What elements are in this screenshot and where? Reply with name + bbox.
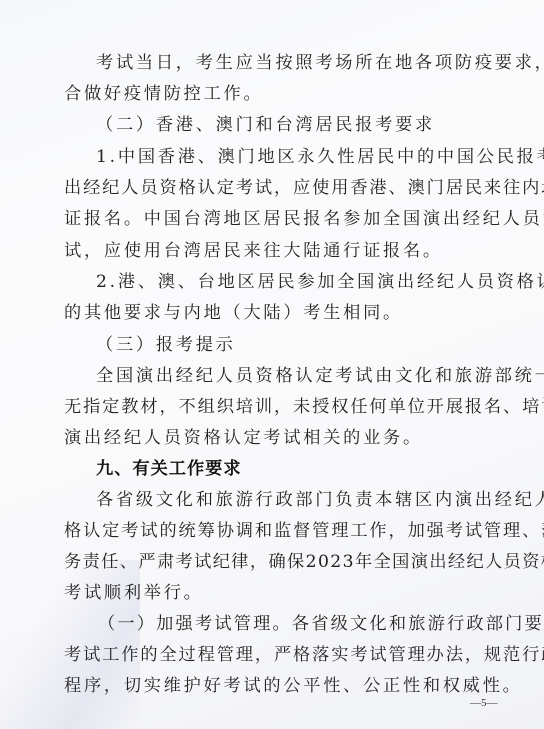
section-heading: （二）香港、澳门和台湾居民报考要求 [96,115,506,135]
paragraph-line: 合做好疫情防控工作。 [64,84,506,104]
paragraph-line: 的其他要求与内地（大陆）考生相同。 [64,303,506,323]
document-page: 考试当日，考生应当按照考场所在地各项防疫要求，自觉配 合做好疫情防控工作。 （二… [0,0,544,729]
paragraph-line: 全国演出经纪人员资格认定考试由文化和旅游部统一组织， [96,366,506,386]
paragraph-line: 无指定教材，不组织培训，未授权任何单位开展报名、培训等与 [64,397,506,417]
paragraph-line: 考试工作的全过程管理，严格落实考试管理办法，规范行政审批 [64,645,506,665]
paragraph-line: 程序，切实维护好考试的公平性、公正性和权威性。 [64,676,506,696]
paragraph-line: 格认定考试的统筹协调和监督管理工作，加强考试管理、落实考 [64,521,506,541]
paragraph-line: 考试当日，考生应当按照考场所在地各项防疫要求，自觉配 [96,53,506,73]
paragraph-line: 演出经纪人员资格认定考试相关的业务。 [64,428,506,448]
paragraph-line: 出经纪人员资格认定考试，应使用香港、澳门居民来往内地通行 [64,178,506,198]
section-heading: （三）报考提示 [96,335,506,355]
chapter-heading: 九、有关工作要求 [96,459,506,479]
page-number: —5— [470,697,498,709]
paragraph-line: （一）加强考试管理。各省级文化和旅游行政部门要加强对 [98,614,540,634]
paragraph-line: 试，应使用台湾居民来往大陆通行证报名。 [64,241,506,261]
paragraph-line: 考试顺利举行。 [64,583,506,603]
paragraph-line: 务责任、严肃考试纪律，确保2023年全国演出经纪人员资格认定 [64,552,506,572]
paragraph-line: 各省级文化和旅游行政部门负责本辖区内演出经纪人员资 [96,490,506,510]
paragraph-line: 2.港、澳、台地区居民参加全国演出经纪人员资格认定考试 [96,272,506,292]
paragraph-line: 证报名。中国台湾地区居民报名参加全国演出经纪人员资格考 [64,209,506,229]
paragraph-line: 1.中国香港、澳门地区永久性居民中的中国公民报考全国演 [96,147,506,167]
